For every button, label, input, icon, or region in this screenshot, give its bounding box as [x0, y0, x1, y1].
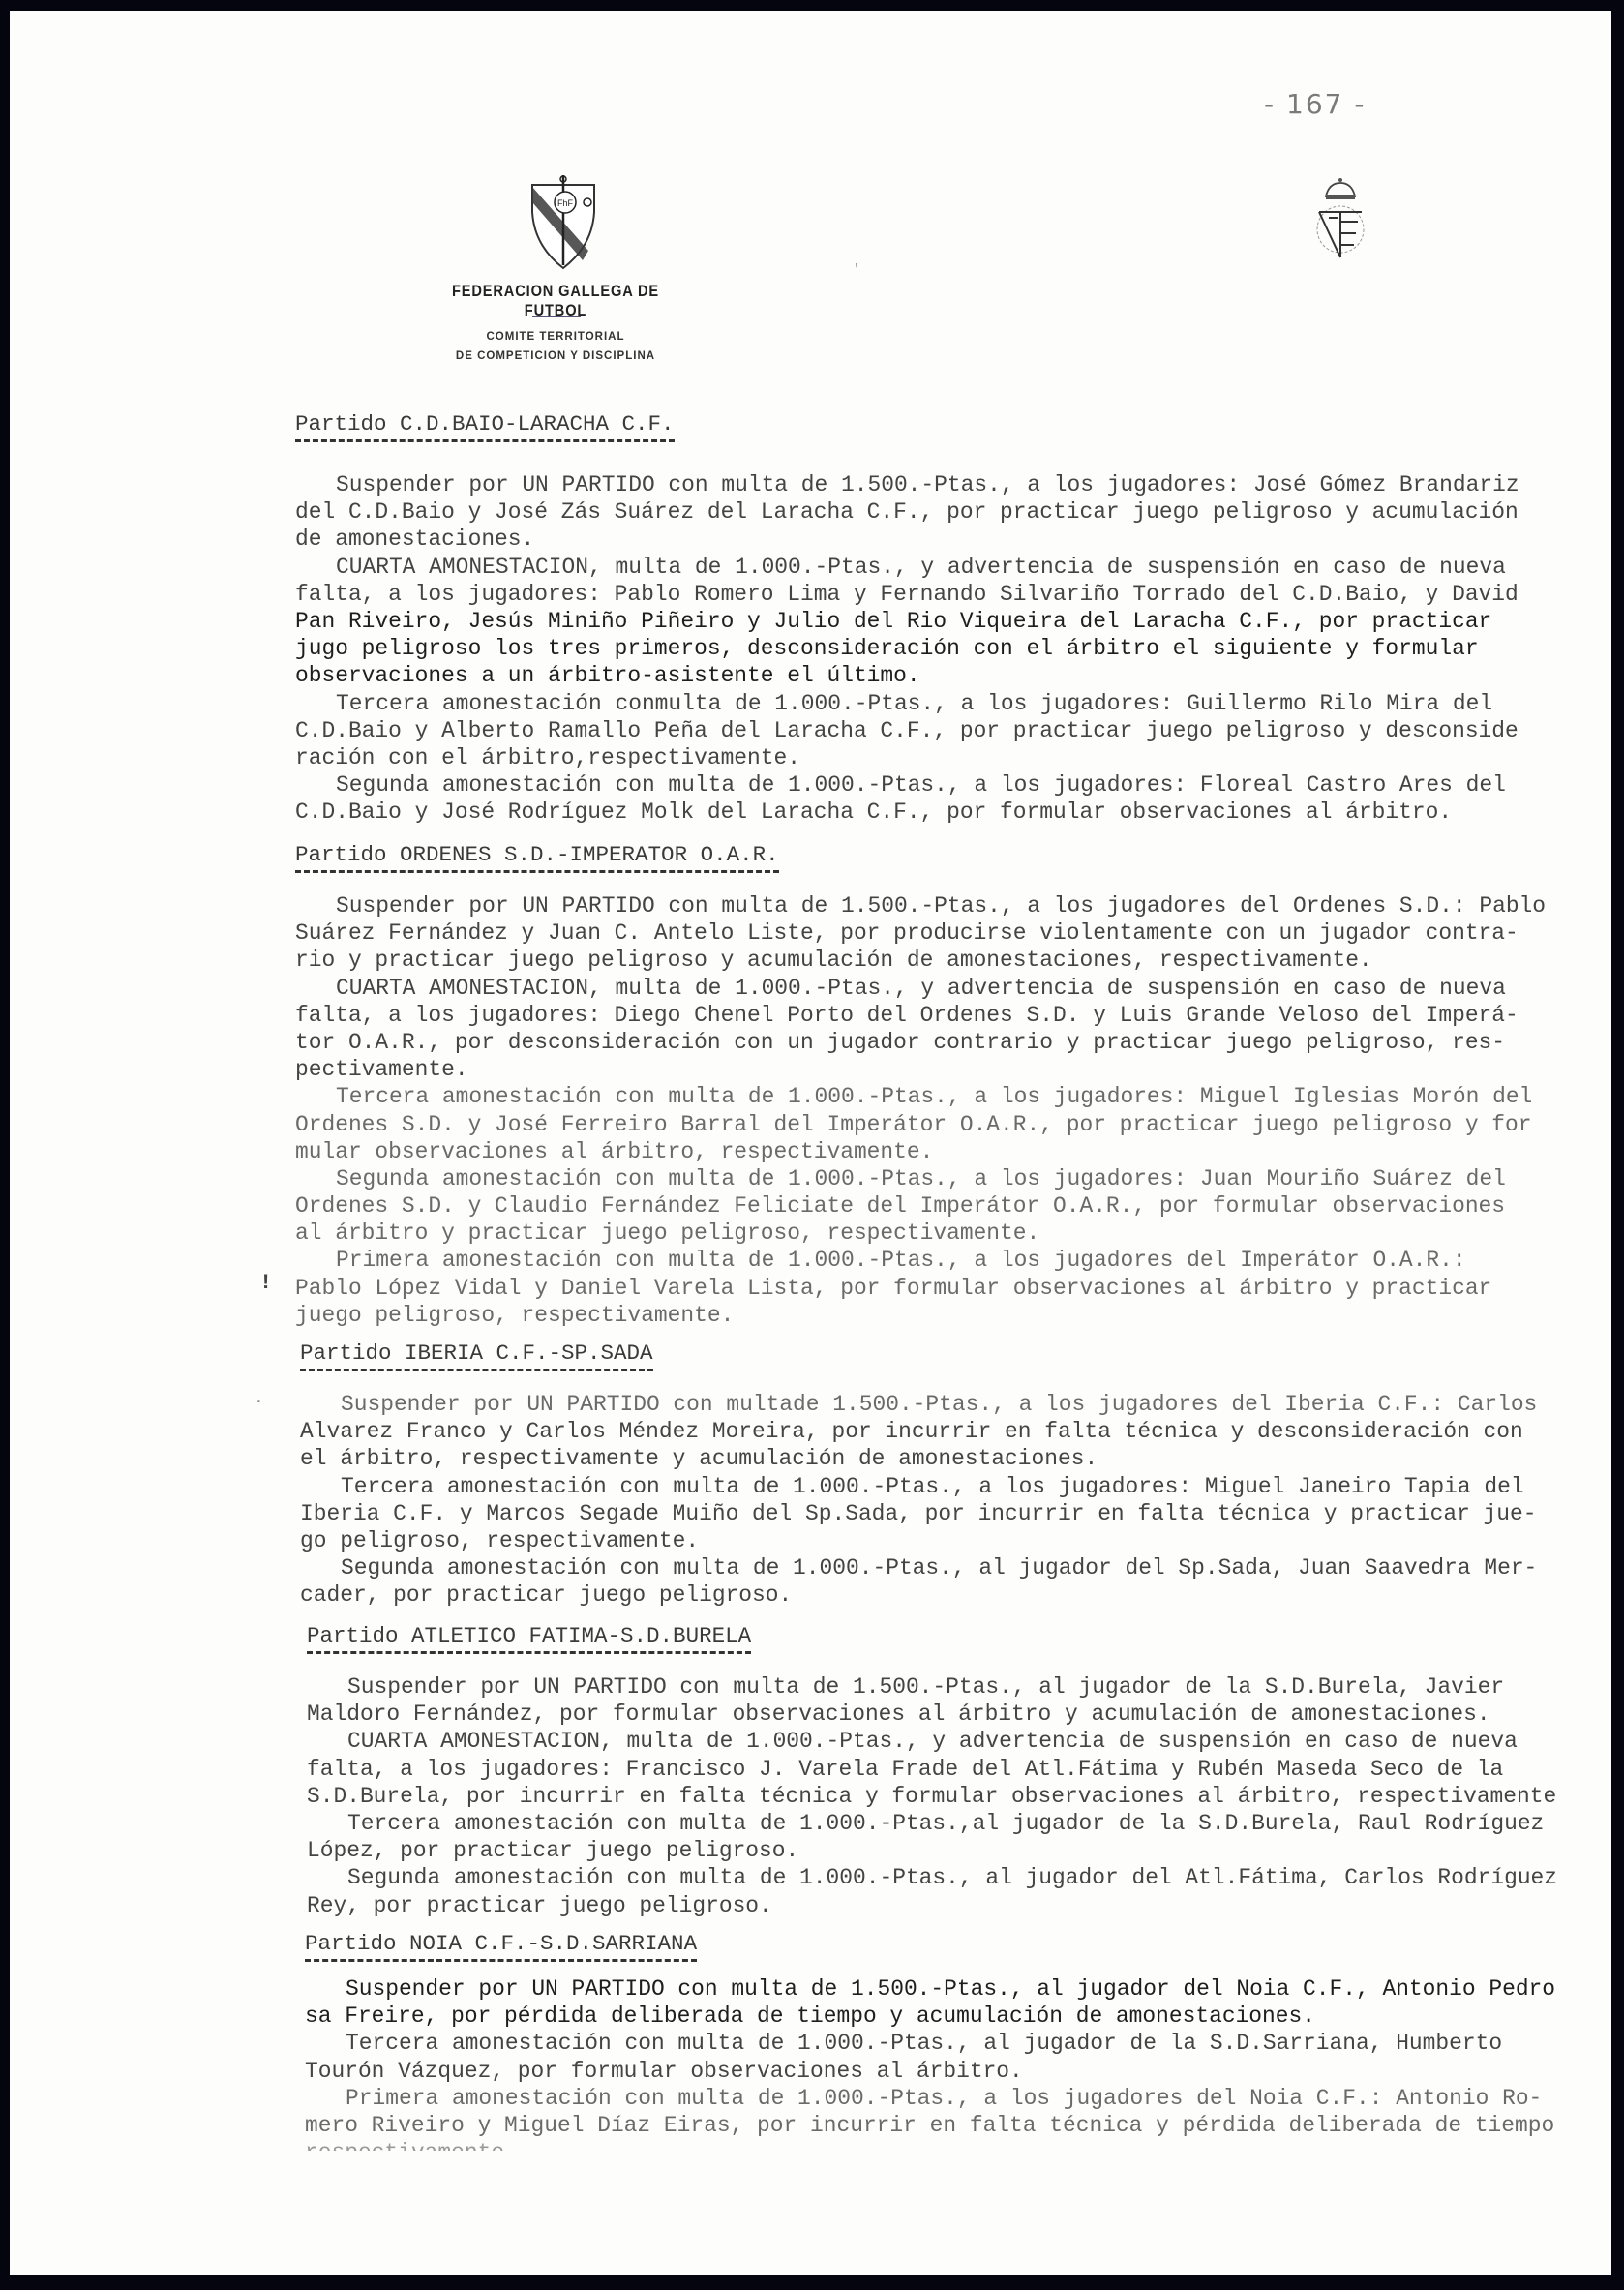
section-title: Partido ATLETICO FATIMA-S.D.BURELA — [307, 1621, 751, 1654]
text-line: ración con el árbitro,respectivamente. — [295, 744, 1611, 771]
text-line: Segunda amonestación con multa de 1.000.… — [307, 1864, 1611, 1891]
text-line-cut-off: respectivamente. — [305, 2139, 1611, 2151]
text-line: del C.D.Baio y José Zás Suárez del Larac… — [295, 498, 1611, 526]
text-line: Pan Riveiro, Jesús Miniño Piñeiro y Juli… — [295, 608, 1611, 635]
committee-name-line-2: DE COMPETICION Y DISCIPLINA — [405, 350, 707, 362]
ruling-paragraph: Primera amonestación con multa de 1.000.… — [295, 1247, 1611, 1329]
text-line: pectivamente. — [295, 1056, 1611, 1083]
text-line: CUARTA AMONESTACION, multa de 1.000.-Pta… — [295, 554, 1611, 581]
text-line: Iberia C.F. y Marcos Segade Muiño del Sp… — [300, 1500, 1611, 1527]
text-line: Maldoro Fernández, por formular observac… — [307, 1701, 1611, 1728]
ruling-paragraph: Tercera amonestación con multa de 1.000.… — [307, 1810, 1611, 1864]
text-line: Segunda amonestación con multa de 1.000.… — [295, 771, 1611, 798]
ruling-paragraph: Tercera amonestación conmulta de 1.000.-… — [295, 690, 1611, 772]
text-line: Segunda amonestación con multa de 1.000.… — [300, 1554, 1611, 1582]
text-line: Primera amonestación con multa de 1.000.… — [305, 2085, 1611, 2112]
text-line: Segunda amonestación con multa de 1.000.… — [295, 1165, 1611, 1192]
text-line: cader, por practicar juego peligroso. — [300, 1582, 1611, 1609]
text-line: Alvarez Franco y Carlos Méndez Moreira, … — [300, 1418, 1611, 1445]
text-line: CUARTA AMONESTACION, multa de 1.000.-Pta… — [307, 1728, 1611, 1755]
text-line: Primera amonestación con multa de 1.000.… — [295, 1247, 1611, 1274]
document-page: - 167 - FhF FEDERACION GALLEGA DE FUTBOL… — [10, 11, 1611, 2275]
committee-name-line-1: COMITE TERRITORIAL — [405, 331, 707, 343]
ruling-paragraph: Suspender por UN PARTIDO con multa de 1.… — [295, 471, 1611, 554]
section-title: Partido ORDENES S.D.-IMPERATOR O.A.R. — [295, 840, 779, 873]
stray-mark: ' — [853, 262, 860, 278]
text-line: S.D.Burela, por incurrir en falta técnic… — [307, 1783, 1611, 1810]
text-line: Suárez Fernández y Juan C. Antelo Liste,… — [295, 919, 1611, 947]
ruling-paragraph: CUARTA AMONESTACION, multa de 1.000.-Pta… — [295, 554, 1611, 690]
text-line: Suspender por UN PARTIDO con multa de 1.… — [295, 892, 1611, 919]
text-line: Tercera amonestación con multa de 1.000.… — [295, 1083, 1611, 1110]
text-line: CUARTA AMONESTACION, multa de 1.000.-Pta… — [295, 975, 1611, 1002]
section-title: Partido C.D.BAIO-LARACHA C.F. — [295, 409, 675, 442]
text-line: Pablo López Vidal y Daniel Varela Lista,… — [295, 1275, 1611, 1302]
ruling-paragraph: Suspender por UN PARTIDO con multa de 1.… — [295, 892, 1611, 975]
ruling-paragraph: Primera amonestación con multa de 1.000.… — [305, 2085, 1611, 2151]
text-line: falta, a los jugadores: Francisco J. Var… — [307, 1756, 1611, 1783]
ruling-paragraph: Tercera amonestación con multa de 1.000.… — [295, 1083, 1611, 1165]
text-line: Tercera amonestación con multa de 1.000.… — [305, 2030, 1611, 2057]
text-line: juego peligroso, respectivamente. — [295, 1302, 1611, 1329]
text-line: Tercera amonestación con multa de 1.000.… — [300, 1473, 1611, 1500]
text-line: jugo peligroso los tres primeros, descon… — [295, 635, 1611, 662]
text-line: mular observaciones al árbitro, respecti… — [295, 1138, 1611, 1165]
match-section-baio-laracha: Partido C.D.BAIO-LARACHA C.F. Suspender … — [295, 409, 1611, 826]
ruling-paragraph: Suspender por UN PARTIDO con multade 1.5… — [300, 1391, 1611, 1473]
text-line: Suspender por UN PARTIDO con multa de 1.… — [307, 1673, 1611, 1701]
text-line: Tercera amonestación conmulta de 1.000.-… — [295, 690, 1611, 717]
margin-mark-dot: · — [254, 1393, 264, 1412]
text-line: Tercera amonestación con multa de 1.000.… — [307, 1810, 1611, 1837]
ruling-paragraph: Tercera amonestación con multa de 1.000.… — [305, 2030, 1611, 2084]
text-line: de amonestaciones. — [295, 526, 1611, 553]
rfef-crown-crest-icon — [1311, 175, 1369, 262]
text-line: C.D.Baio y Alberto Ramallo Peña del Lara… — [295, 717, 1611, 744]
text-line: tor O.A.R., por desconsideración con un … — [295, 1029, 1611, 1056]
text-line: C.D.Baio y José Rodríguez Molk del Larac… — [295, 798, 1611, 826]
match-section-iberia-sada: Partido IBERIA C.F.-SP.SADA Suspender po… — [300, 1339, 1611, 1610]
text-line: falta, a los jugadores: Pablo Romero Lim… — [295, 581, 1611, 608]
text-line: observaciones a un árbitro-asistente el … — [295, 662, 1611, 689]
text-line: Tourón Vázquez, por formular observacion… — [305, 2058, 1611, 2085]
text-line: Suspender por UN PARTIDO con multa de 1.… — [305, 1975, 1611, 2003]
text-line: Ordenes S.D. y José Ferreiro Barral del … — [295, 1111, 1611, 1138]
text-line: rio y practicar juego peligroso y acumul… — [295, 947, 1611, 974]
ruling-paragraph: Suspender por UN PARTIDO con multa de 1.… — [305, 1975, 1611, 2030]
section-title: Partido IBERIA C.F.-SP.SADA — [300, 1339, 653, 1371]
page-number: - 167 - — [1264, 88, 1366, 120]
ruling-paragraph: Suspender por UN PARTIDO con multa de 1.… — [307, 1673, 1611, 1728]
text-line: Rey, por practicar juego peligroso. — [307, 1892, 1611, 1919]
match-section-fatima-burela: Partido ATLETICO FATIMA-S.D.BURELA Suspe… — [307, 1621, 1611, 1919]
match-section-noia-sarriana: Partido NOIA C.F.-S.D.SARRIANA Suspender… — [305, 1929, 1611, 2151]
ruling-paragraph: CUARTA AMONESTACION, multa de 1.000.-Pta… — [307, 1728, 1611, 1810]
text-line: falta, a los jugadores: Diego Chenel Por… — [295, 1002, 1611, 1029]
text-line: López, por practicar juego peligroso. — [307, 1837, 1611, 1864]
ruling-paragraph: Segunda amonestación con multa de 1.000.… — [295, 1165, 1611, 1248]
organization-name: FEDERACION GALLEGA DE FUTBOL — [426, 282, 685, 320]
ruling-paragraph: Segunda amonestación con multa de 1.000.… — [295, 771, 1611, 826]
match-section-ordenes-imperator: Partido ORDENES S.D.-IMPERATOR O.A.R. Su… — [295, 840, 1611, 1329]
section-title: Partido NOIA C.F.-S.D.SARRIANA — [305, 1929, 697, 1962]
ruling-paragraph: Segunda amonestación con multa de 1.000.… — [307, 1864, 1611, 1918]
text-line: al árbitro y practicar juego peligroso, … — [295, 1220, 1611, 1247]
text-line: mero Riveiro y Miguel Díaz Eiras, por in… — [305, 2112, 1611, 2139]
margin-mark-exclamation: ! — [259, 1271, 272, 1295]
letterhead-divider — [532, 316, 581, 317]
text-line: Suspender por UN PARTIDO con multade 1.5… — [300, 1391, 1611, 1418]
text-line: go peligroso, respectivamente. — [300, 1527, 1611, 1554]
federation-shield-icon: FhF — [525, 173, 602, 270]
text-line: el árbitro, respectivamente y acumulació… — [300, 1445, 1611, 1472]
ruling-paragraph: Tercera amonestación con multa de 1.000.… — [300, 1473, 1611, 1555]
ruling-paragraph: CUARTA AMONESTACION, multa de 1.000.-Pta… — [295, 975, 1611, 1084]
svg-text:FhF: FhF — [557, 198, 574, 208]
ruling-paragraph: Segunda amonestación con multa de 1.000.… — [300, 1554, 1611, 1609]
text-line: Suspender por UN PARTIDO con multa de 1.… — [295, 471, 1611, 498]
text-line: sa Freire, por pérdida deliberada de tie… — [305, 2003, 1611, 2030]
text-line: Ordenes S.D. y Claudio Fernández Felicia… — [295, 1192, 1611, 1220]
